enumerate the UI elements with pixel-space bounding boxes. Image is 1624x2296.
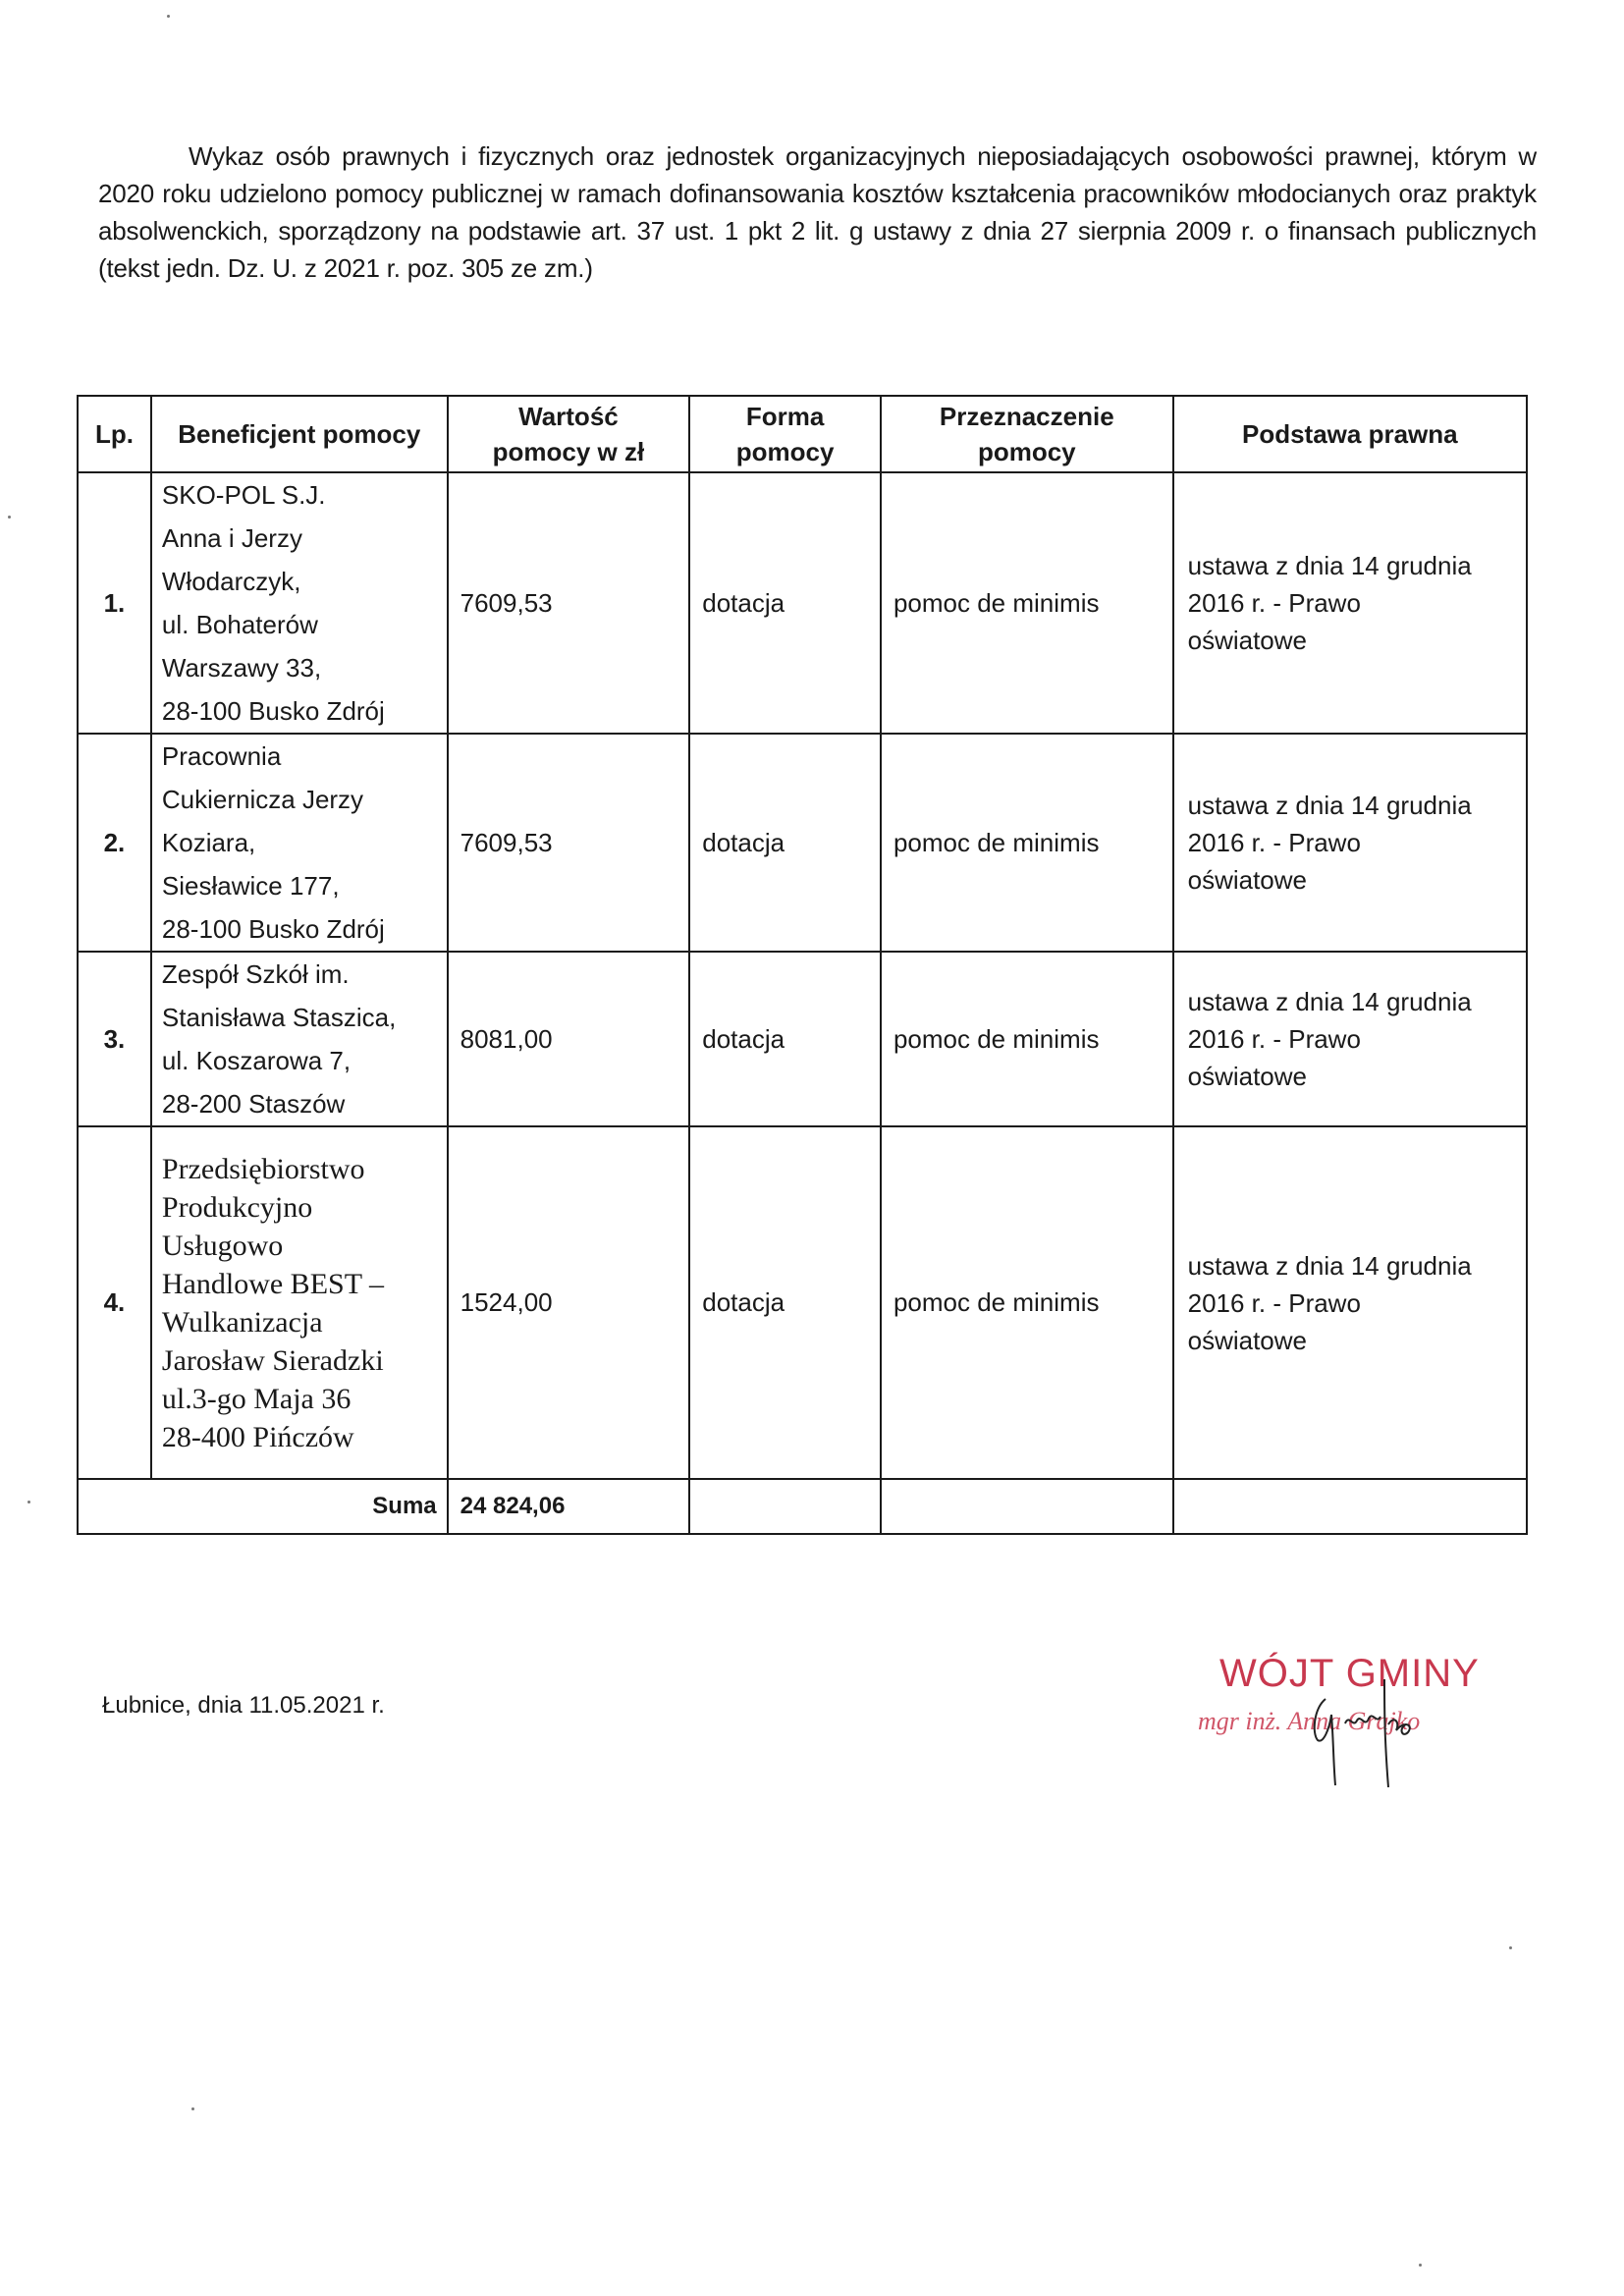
scan-speck [167,15,170,18]
cell-beneficiary: Zespół Szkół im. Stanisława Staszica, ul… [151,952,448,1126]
beneficiary-line: Przedsiębiorstwo [162,1150,447,1188]
beneficiary-line: Produkcyjno [162,1188,447,1227]
basis-line: ustawa z dnia 14 grudnia [1188,983,1526,1020]
sum-label: Suma [78,1479,448,1534]
cell-lp: 2. [78,734,151,952]
beneficiary-line: Włodarczyk, [162,560,447,603]
beneficiary-line: 28-400 Pińczów [162,1418,447,1456]
beneficiary-line: SKO-POL S.J. [162,473,447,517]
basis-line: 2016 r. - Prawo [1188,1285,1526,1322]
cell-purpose: pomoc de minimis [881,952,1173,1126]
basis-line: ustawa z dnia 14 grudnia [1188,1247,1526,1285]
sum-value: 24 824,06 [448,1479,690,1534]
signature-icon [1286,1679,1443,1787]
basis-line: oświatowe [1188,622,1526,659]
cell-value: 7609,53 [448,472,690,734]
cell-basis: ustawa z dnia 14 grudnia 2016 r. - Prawo… [1173,734,1527,952]
sum-empty-cell [881,1479,1173,1534]
table-row: 4. Przedsiębiorstwo Produkcyjno Usługowo… [78,1126,1527,1479]
basis-line: 2016 r. - Prawo [1188,824,1526,861]
header-value-line2: pomocy w zł [449,434,689,469]
beneficiary-line: Wulkanizacja [162,1303,447,1341]
cell-basis: ustawa z dnia 14 grudnia 2016 r. - Prawo… [1173,1126,1527,1479]
document-intro: Wykaz osób prawnych i fizycznych oraz je… [98,137,1537,287]
header-basis: Podstawa prawna [1173,396,1527,472]
beneficiary-line: Cukiernicza Jerzy [162,778,447,821]
basis-line: oświatowe [1188,1322,1526,1359]
aid-table: Lp. Beneficjent pomocy Wartość pomocy w … [77,395,1528,1535]
beneficiary-line: Anna i Jerzy [162,517,447,560]
basis-line: ustawa z dnia 14 grudnia [1188,787,1526,824]
cell-lp: 4. [78,1126,151,1479]
beneficiary-line: Zespół Szkół im. [162,953,447,996]
header-value-line1: Wartość [449,399,689,434]
table-row: 3. Zespół Szkół im. Stanisława Staszica,… [78,952,1527,1126]
cell-purpose: pomoc de minimis [881,1126,1173,1479]
beneficiary-line: ul.3-go Maja 36 [162,1380,447,1418]
basis-line: 2016 r. - Prawo [1188,1020,1526,1058]
scan-speck [191,2107,194,2110]
beneficiary-line: Usługowo [162,1227,447,1265]
cell-form: dotacja [689,952,881,1126]
scan-speck [8,516,11,519]
beneficiary-line: Stanisława Staszica, [162,996,447,1039]
cell-form: dotacja [689,734,881,952]
place-date: Łubnice, dnia 11.05.2021 r. [102,1692,385,1720]
header-purpose-line1: Przeznaczenie [882,399,1172,434]
header-purpose: Przeznaczenie pomocy [881,396,1173,472]
cell-beneficiary: SKO-POL S.J. Anna i Jerzy Włodarczyk, ul… [151,472,448,734]
beneficiary-line: ul. Koszarowa 7, [162,1039,447,1082]
beneficiary-line: 28-100 Busko Zdrój [162,907,447,951]
header-lp: Lp. [78,396,151,472]
header-value: Wartość pomocy w zł [448,396,690,472]
cell-beneficiary: Pracownia Cukiernicza Jerzy Koziara, Sie… [151,734,448,952]
basis-line: 2016 r. - Prawo [1188,584,1526,622]
basis-line: oświatowe [1188,861,1526,899]
cell-purpose: pomoc de minimis [881,472,1173,734]
cell-purpose: pomoc de minimis [881,734,1173,952]
table-header-row: Lp. Beneficjent pomocy Wartość pomocy w … [78,396,1527,472]
cell-value: 7609,53 [448,734,690,952]
sum-row: Suma 24 824,06 [78,1479,1527,1534]
beneficiary-line: Siesławice 177, [162,864,447,907]
cell-lp: 3. [78,952,151,1126]
cell-form: dotacja [689,1126,881,1479]
beneficiary-line: ul. Bohaterów [162,603,447,646]
cell-beneficiary: Przedsiębiorstwo Produkcyjno Usługowo Ha… [151,1126,448,1479]
beneficiary-line: Koziara, [162,821,447,864]
cell-basis: ustawa z dnia 14 grudnia 2016 r. - Prawo… [1173,952,1527,1126]
basis-line: oświatowe [1188,1058,1526,1095]
beneficiary-line: Pracownia [162,735,447,778]
table-row: 2. Pracownia Cukiernicza Jerzy Koziara, … [78,734,1527,952]
header-beneficiary: Beneficjent pomocy [151,396,448,472]
beneficiary-line: 28-100 Busko Zdrój [162,689,447,733]
beneficiary-line: Jarosław Sieradzki [162,1341,447,1380]
scan-speck [1419,2264,1422,2267]
header-form-line1: Forma [690,399,880,434]
header-purpose-line2: pomocy [882,434,1172,469]
basis-line: ustawa z dnia 14 grudnia [1188,547,1526,584]
cell-lp: 1. [78,472,151,734]
cell-value: 1524,00 [448,1126,690,1479]
header-form: Forma pomocy [689,396,881,472]
header-form-line2: pomocy [690,434,880,469]
beneficiary-line: 28-200 Staszów [162,1082,447,1125]
cell-form: dotacja [689,472,881,734]
table-row: 1. SKO-POL S.J. Anna i Jerzy Włodarczyk,… [78,472,1527,734]
official-stamp: WÓJT GMINY mgr inż. Anna Grajko [1198,1650,1522,1758]
scan-speck [1509,1946,1512,1949]
sum-empty-cell [689,1479,881,1534]
beneficiary-line: Warszawy 33, [162,646,447,689]
cell-basis: ustawa z dnia 14 grudnia 2016 r. - Prawo… [1173,472,1527,734]
scan-speck [27,1501,30,1503]
intro-paragraph: Wykaz osób prawnych i fizycznych oraz je… [98,137,1537,287]
cell-value: 8081,00 [448,952,690,1126]
beneficiary-line: Handlowe BEST – [162,1265,447,1303]
sum-empty-cell [1173,1479,1527,1534]
